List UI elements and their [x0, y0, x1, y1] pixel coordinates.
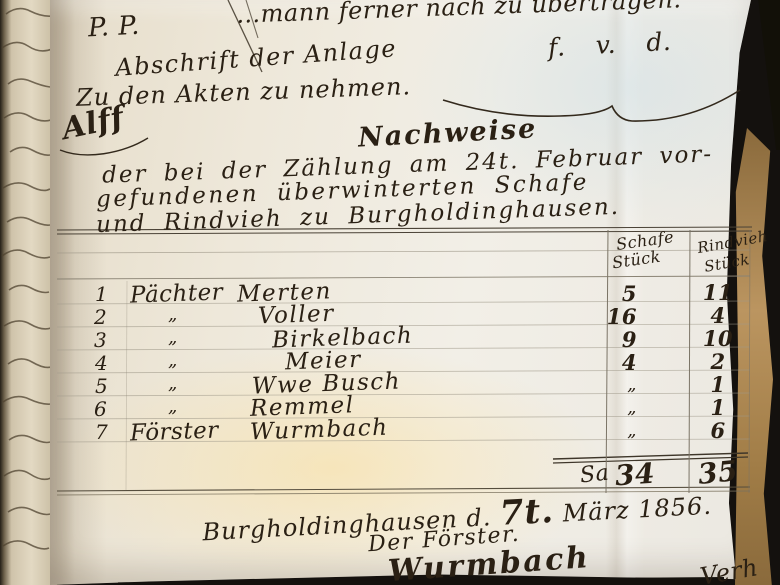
row-number: 7 — [95, 420, 108, 444]
dateline-rest: März 1856. — [562, 492, 713, 528]
row-number: 5 — [95, 374, 108, 398]
row-rindvieh-value: 1 — [693, 395, 743, 420]
row-rindvieh-value: 11 — [693, 280, 743, 305]
row-rindvieh-value: 10 — [693, 326, 743, 351]
row-schafe-ditto: „ — [575, 374, 637, 395]
row-prefix-ditto: „ — [168, 350, 178, 371]
dark-corner — [748, 0, 780, 150]
row-rindvieh-value: 4 — [693, 303, 743, 328]
row-number: 2 — [94, 305, 107, 329]
pp-salutation: P. P. — [87, 11, 140, 44]
left-page-edge — [0, 0, 57, 585]
row-schafe-ditto: „ — [575, 420, 637, 441]
photograph-of-manuscript: …mann ferner nach zu übertragen. P. P. A… — [0, 0, 780, 585]
row-schafe-value: 5 — [575, 281, 637, 306]
left-page-handwriting-fragments — [0, 0, 57, 585]
row-number: 6 — [94, 397, 107, 421]
row-number: 3 — [94, 328, 107, 352]
row-rindvieh-value: 1 — [693, 372, 743, 397]
row-name: Wurmbach — [250, 415, 389, 446]
row-schafe-value: 9 — [575, 327, 637, 352]
row-schafe-value: 16 — [575, 304, 637, 329]
row-rindvieh-value: 2 — [693, 349, 743, 374]
row-number: 1 — [95, 282, 108, 306]
row-number: 4 — [95, 351, 108, 375]
row-schafe-ditto: „ — [575, 397, 637, 418]
row-prefix-ditto: „ — [168, 373, 178, 394]
row-rindvieh-value: 6 — [693, 418, 743, 443]
row-prefix-ditto: „ — [168, 304, 178, 325]
row-prefix: Förster — [130, 417, 220, 446]
row-prefix-ditto: „ — [168, 327, 178, 348]
row-prefix-ditto: „ — [168, 396, 178, 417]
row-schafe-value: 4 — [575, 350, 637, 375]
